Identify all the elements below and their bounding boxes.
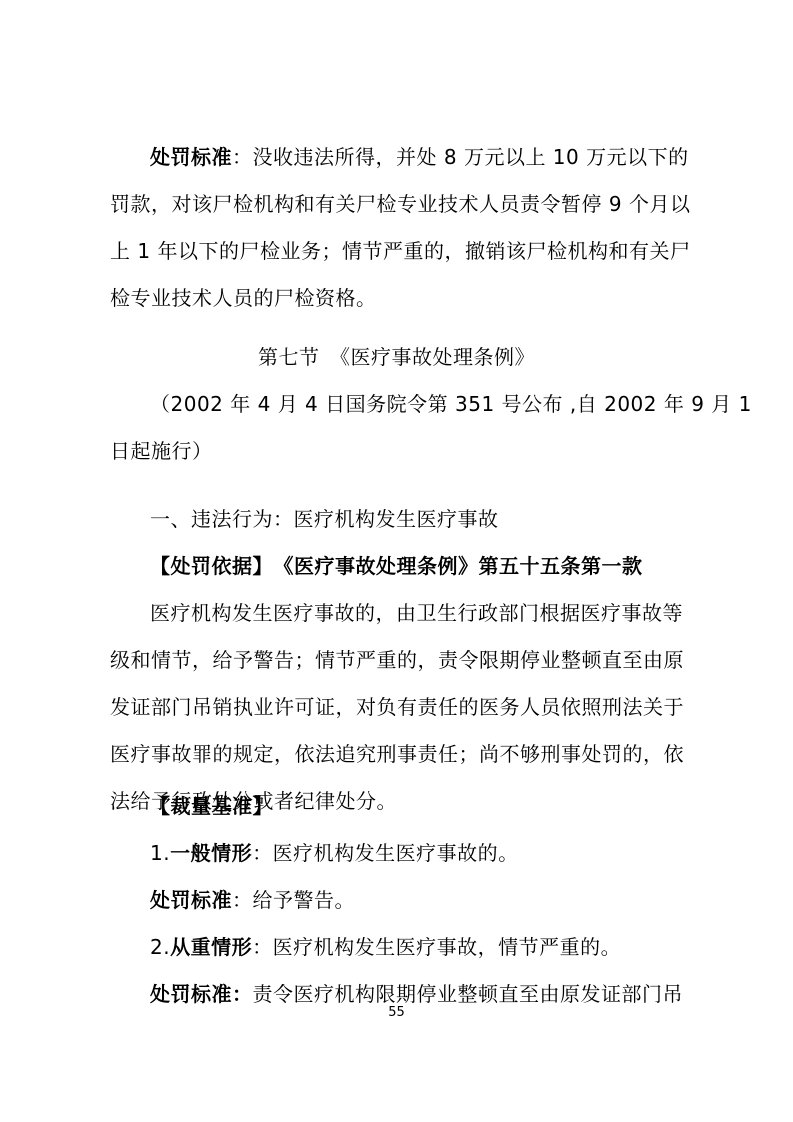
violation-heading: 一、违法行为：医疗机构发生医疗事故 <box>150 505 730 533</box>
item-2: 2.从重情形：医疗机构发生医疗事故，情节严重的。 <box>150 933 730 961</box>
item-2-standard: 处罚标准：责令医疗机构限期停业整顿直至由原发证部门吊 <box>150 980 730 1008</box>
item-1: 1.一般情形：医疗机构发生医疗事故的。 <box>150 839 730 867</box>
publish-info-line-2: 日起施行） <box>110 437 690 465</box>
basis-line-1: 医疗机构发生医疗事故的，由卫生行政部门根据医疗事故等 <box>150 599 730 627</box>
publish-info-line-1: （2002 年 4 月 4 日国务院令第 351 号公布 ,自 2002 年 9… <box>150 390 730 418</box>
basis-line-4: 医疗事故罪的规定，依法追究刑事责任；尚不够刑事处罚的，依 <box>110 740 690 768</box>
section-title: 第七节 《医疗事故处理条例》 <box>0 343 793 371</box>
page-number: 55 <box>0 1005 793 1020</box>
penalty-standard-label: 处罚标准 <box>150 145 232 169</box>
item-1-standard: 处罚标准：给予警告。 <box>150 886 730 914</box>
para1-line-1: 处罚标准：没收违法所得，并处 8 万元以上 10 万元以下的 <box>150 143 730 171</box>
basis-line-2: 级和情节，给予警告；情节严重的，责令限期停业整顿直至由原 <box>110 646 690 674</box>
basis-line-3: 发证部门吊销执业许可证，对负有责任的医务人员依照刑法关于 <box>110 693 690 721</box>
basis-heading: 【处罚依据】 《医疗事故处理条例》第五十五条第一款 <box>150 552 730 580</box>
standard-heading: 【裁量基准】 <box>150 792 730 820</box>
para1-line-3: 上 1 年以下的尸检业务；情节严重的，撤销该尸检机构和有关尸 <box>110 237 690 265</box>
para1-line-2: 罚款，对该尸检机构和有关尸检专业技术人员责令暂停 9 个月以 <box>110 190 690 218</box>
para1-line-4: 检专业技术人员的尸检资格。 <box>110 284 690 312</box>
